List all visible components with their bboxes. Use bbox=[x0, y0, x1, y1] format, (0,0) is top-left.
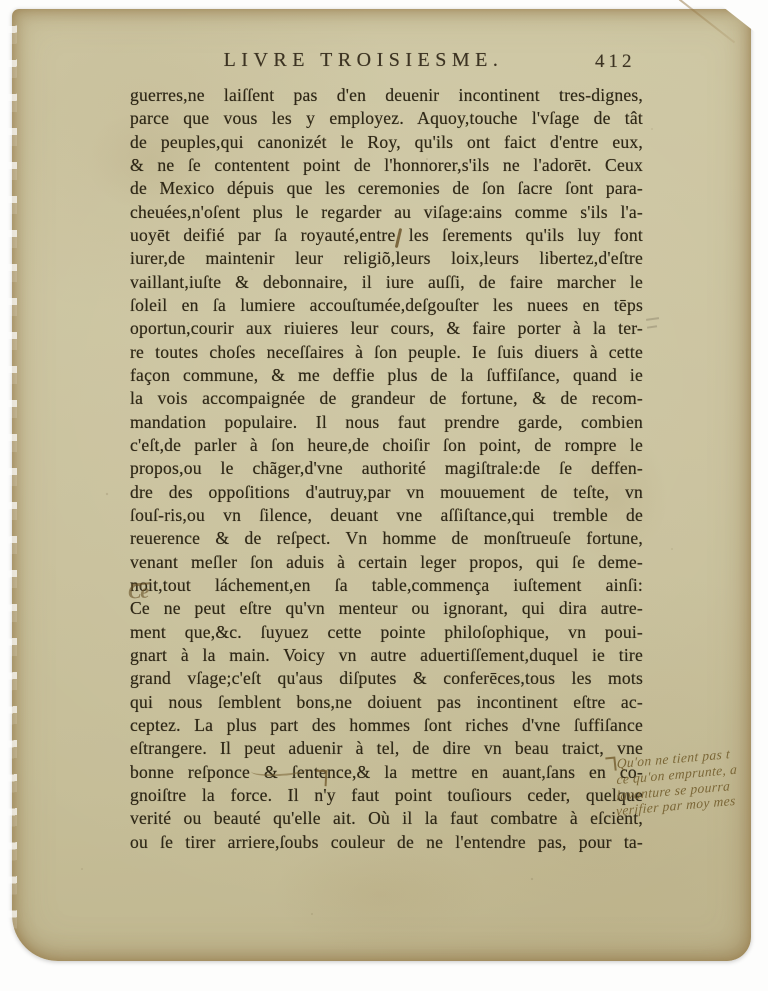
text-line: façon commune, & me deffie plus de la ſu… bbox=[130, 364, 643, 387]
text-line: guerres,ne laiſſent pas d'en deuenir inc… bbox=[130, 84, 643, 107]
text-line: vaillant,iuſte & debonnaire, il iure auſ… bbox=[130, 271, 643, 294]
text-line: ou ſe tirer arriere,ſoubs couleur de ne … bbox=[130, 831, 643, 854]
text-line: dre des oppoſitions d'autruy,par vn mouu… bbox=[130, 481, 643, 504]
ink-insertion-mark bbox=[316, 770, 328, 787]
ink-insertion-mark bbox=[605, 757, 616, 772]
deckled-edge bbox=[8, 10, 17, 958]
text-line: ſoleil en ſa lumiere accouſtumée,deſgouſ… bbox=[130, 294, 643, 317]
running-head: LIVRE TROISIESME. bbox=[107, 49, 620, 75]
photo-canvas: LIVRE TROISIESME. 412 guerres,ne laiſſen… bbox=[0, 0, 768, 991]
text-line: iurer,de maintenir leur religiõ,leurs lo… bbox=[130, 247, 643, 270]
page-title: LIVRE TROISIESME. bbox=[107, 49, 620, 72]
text-line: gnart à la main. Voicy vn autre aduertiſ… bbox=[130, 644, 643, 667]
text-line: venant meſler ſon aduis à certain leger … bbox=[130, 551, 643, 574]
text-line: re toutes choſes neceſſaires à ſon peupl… bbox=[130, 341, 643, 364]
text-line: uoyēt deifié par ſa royauté,entre les ſe… bbox=[130, 224, 643, 247]
text-line: de peuples,qui canonizét le Roy, qu'ils … bbox=[130, 131, 643, 154]
text-line: mandation populaire. Il nous faut prendr… bbox=[130, 411, 643, 434]
text-line: gnoiſtre la force. Il n'y faut point tou… bbox=[130, 784, 643, 807]
text-line: noit,tout láchement,en ſa table,commença… bbox=[130, 574, 643, 597]
text-line: ment que,&c. ſuyuez cette pointe philoſo… bbox=[130, 621, 643, 644]
text-line: ſouſ-ris,ou vn ſilence, deuant vne aſſiſ… bbox=[130, 504, 643, 527]
text-line: Ce ne peut eſtre qu'vn menteur ou ignora… bbox=[130, 597, 643, 620]
text-line: parce que vous les y employez. Aquoy,tou… bbox=[130, 107, 643, 130]
text-line: la vois accompaignée de grandeur de fort… bbox=[130, 387, 643, 410]
folio-number: 412 bbox=[595, 51, 636, 73]
text-line: reuerence & de reſpect. Vn homme de monſ… bbox=[130, 527, 643, 550]
text-line: bonne reſponce & ſentence,& la mettre en… bbox=[130, 761, 643, 784]
text-line: grand vſage;c'eſt qu'aus diſputes & conf… bbox=[130, 667, 643, 690]
text-line: qui nous ſemblent bons,ne doiuent pas in… bbox=[130, 691, 643, 714]
text-line: verité ou beauté qu'elle ait. Où il la f… bbox=[130, 807, 643, 830]
text-line: & ne ſe contentent point de l'honnorer,s… bbox=[130, 154, 643, 177]
text-line: c'eſt,de parler à ſon heure,de choiſir ſ… bbox=[130, 434, 643, 457]
text-line: propos,ou le chãger,d'vne authorité magi… bbox=[130, 457, 643, 480]
text-line: de Mexico dépuis que les ceremonies de ſ… bbox=[130, 177, 643, 200]
body-text: guerres,ne laiſſent pas d'en deuenir inc… bbox=[130, 84, 643, 854]
text-line: cheuées,n'oſent plus le regarder au viſa… bbox=[130, 201, 643, 224]
text-line: oportun,courir aux riuieres leur cours, … bbox=[130, 317, 643, 340]
text-line: eſtrangere. Il peut aduenir à tel, de di… bbox=[130, 737, 643, 760]
text-line: ceptez. La plus part des hommes ſont ric… bbox=[130, 714, 643, 737]
